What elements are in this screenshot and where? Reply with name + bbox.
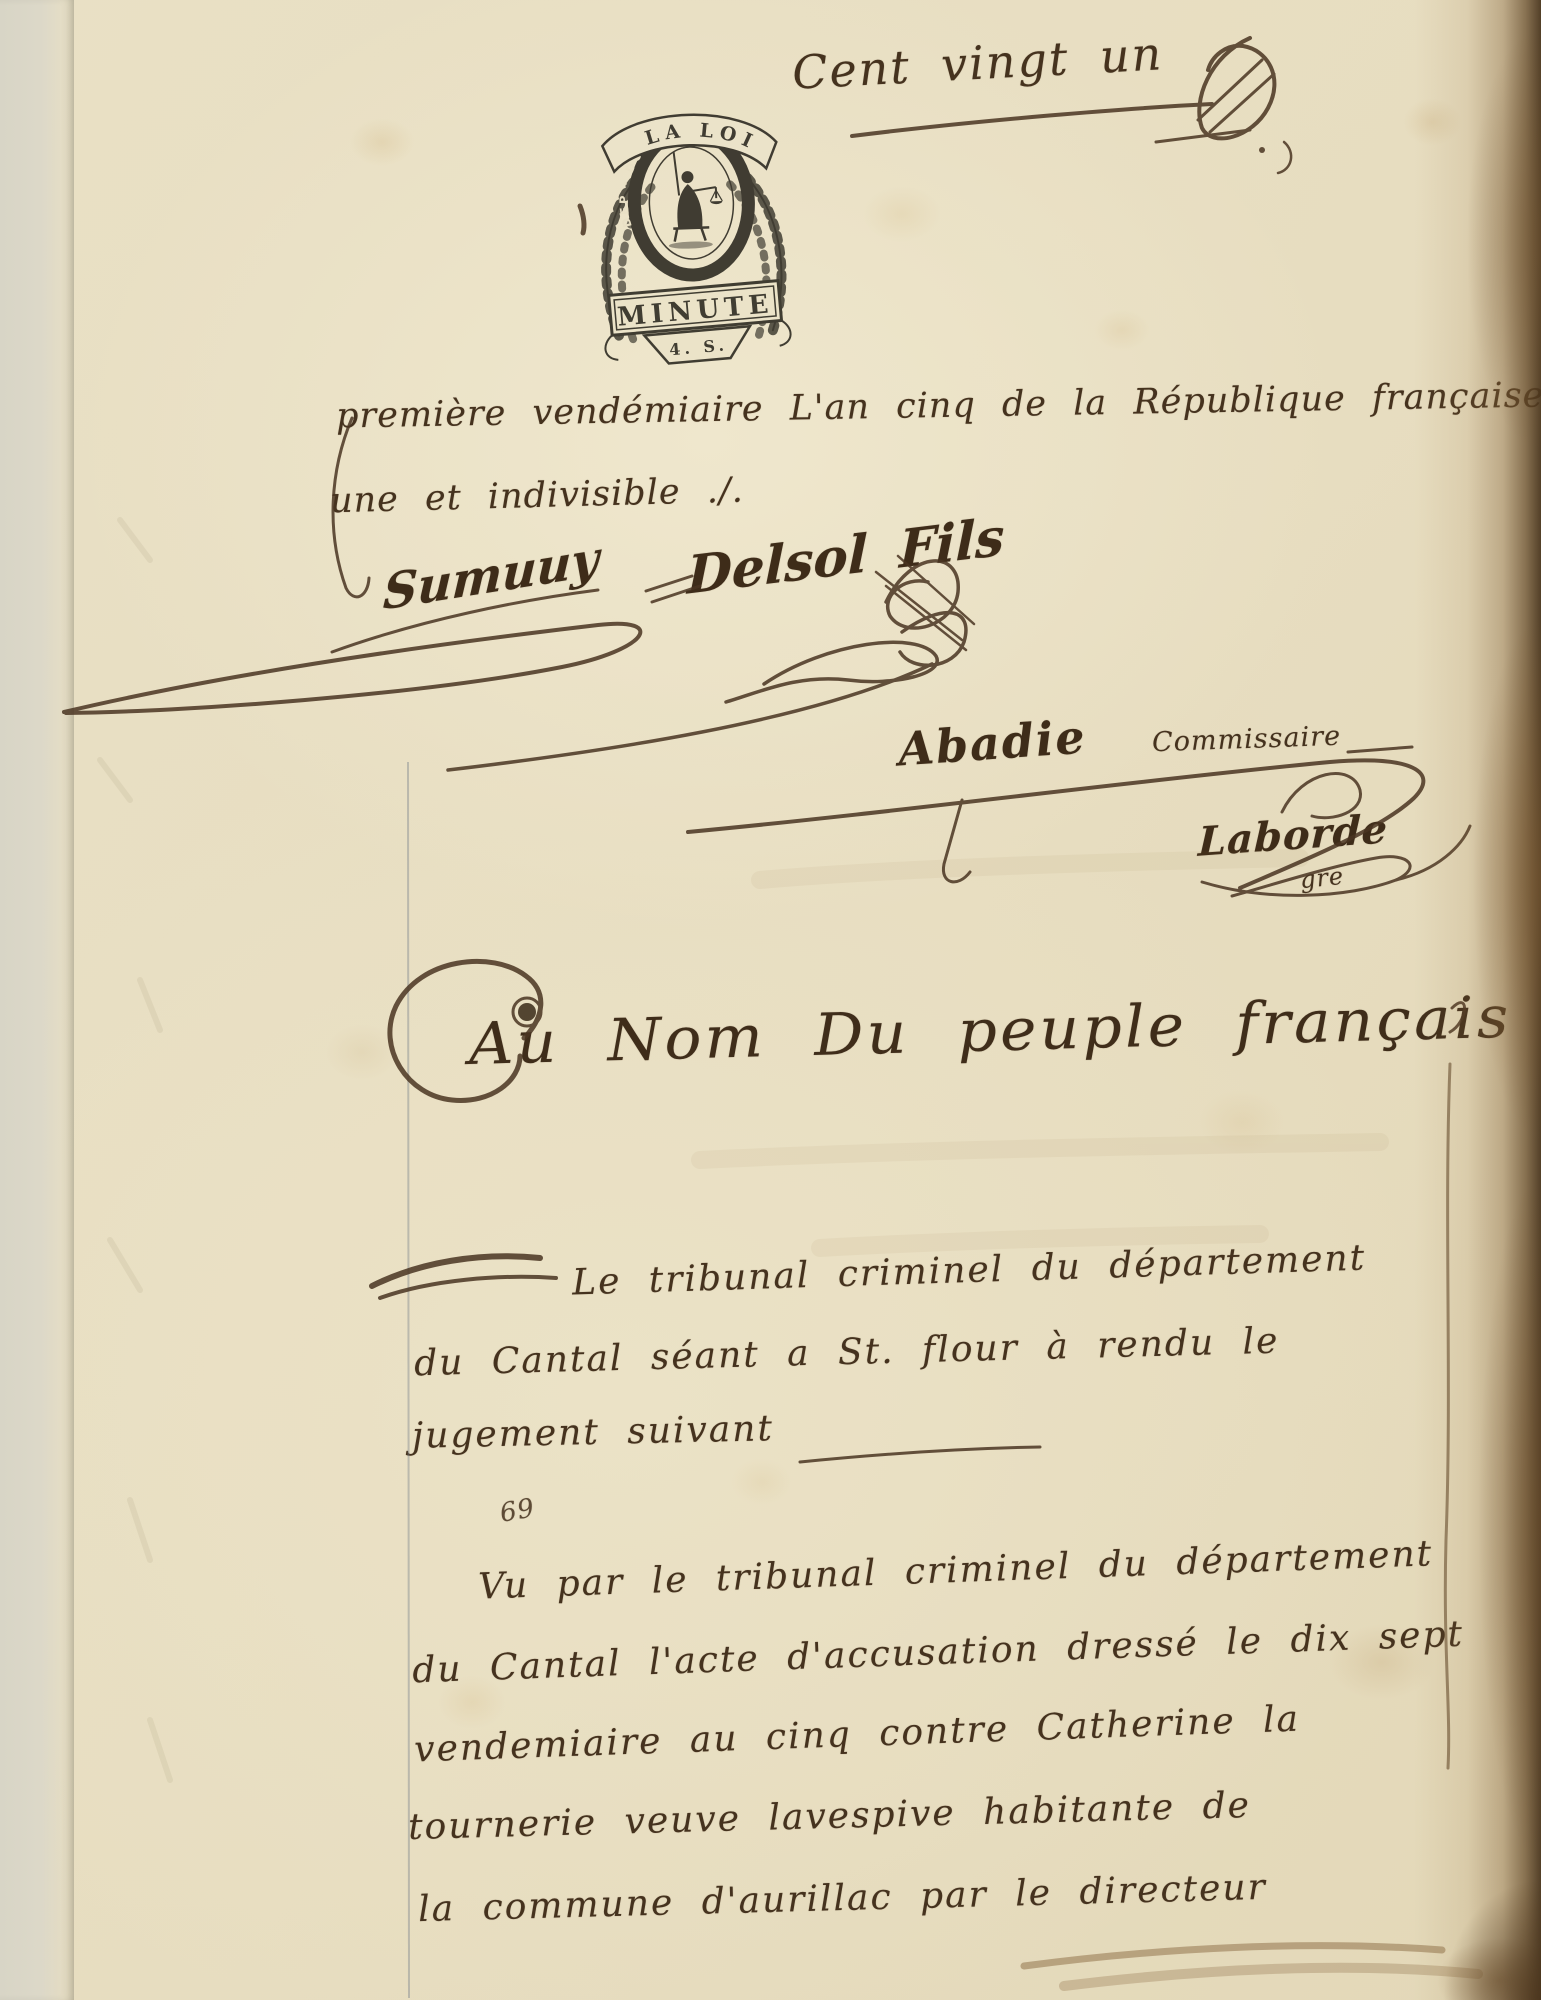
- stamp-ring-text: · DEP · DU · CANTAL ·: [614, 122, 744, 243]
- document-heading: Au Nom Du peuple français: [468, 983, 1512, 1078]
- body-para2-line4: tournerie veuve lavespive habitante de: [408, 1785, 1252, 1848]
- stamp-motto: LA LOI: [642, 117, 762, 158]
- underlying-page-edge: [0, 0, 74, 2000]
- body-para2-line1: Vu par le tribunal criminel du départeme…: [478, 1533, 1434, 1607]
- signature-president: Delsol Fils: [687, 506, 1005, 607]
- body-para1-line1: Le tribunal criminel du département: [572, 1238, 1367, 1304]
- ghost-marks-left-margin: [100, 520, 170, 1780]
- body-para2-line5: la commune d'aurillac par le directeur: [418, 1867, 1268, 1930]
- signature-judge: Sumuuy: [382, 530, 600, 621]
- marginal-mark: 69: [498, 1493, 538, 1529]
- stamp-label: MINUTE: [616, 289, 775, 333]
- svg-text:LA LOI: LA LOI: [642, 117, 762, 158]
- body-para1-line3: jugement suivant: [412, 1408, 775, 1457]
- commissaire-title: Commissaire: [1152, 721, 1342, 759]
- stamp-duty: 4. S.: [668, 335, 728, 359]
- dateline-line1: première vendémiaire L'an cinq de la Rép…: [336, 375, 1541, 436]
- dateline-line2: une et indivisible ./.: [330, 471, 745, 522]
- body-para2-line3: vendemiaire au cinq contre Catherine la: [414, 1699, 1301, 1771]
- greffier-suffix: gre: [1299, 862, 1346, 894]
- body-para2-line2: du Cantal l'acte d'accusation dressé le …: [412, 1614, 1465, 1692]
- signature-commissaire: Abadie: [896, 709, 1088, 776]
- signature-greffier: Laborde: [1197, 805, 1388, 865]
- minute-revenue-stamp: · DEP · DU · CANTAL · LA LOI MINUTE 4. S…: [570, 81, 815, 389]
- body-para1-line2: du Cantal séant a St. flour à rendu le: [414, 1321, 1280, 1385]
- svg-text:· DEP · DU · CANTAL ·: · DEP · DU · CANTAL ·: [614, 122, 744, 243]
- justice-seal-icon: [666, 150, 724, 249]
- manuscript-page: · DEP · DU · CANTAL · LA LOI MINUTE 4. S…: [0, 0, 1541, 2000]
- laurel-branch-icon: [603, 170, 784, 340]
- page-wear: [1024, 1064, 1478, 1986]
- folio-number: Cent vingt un: [791, 26, 1165, 99]
